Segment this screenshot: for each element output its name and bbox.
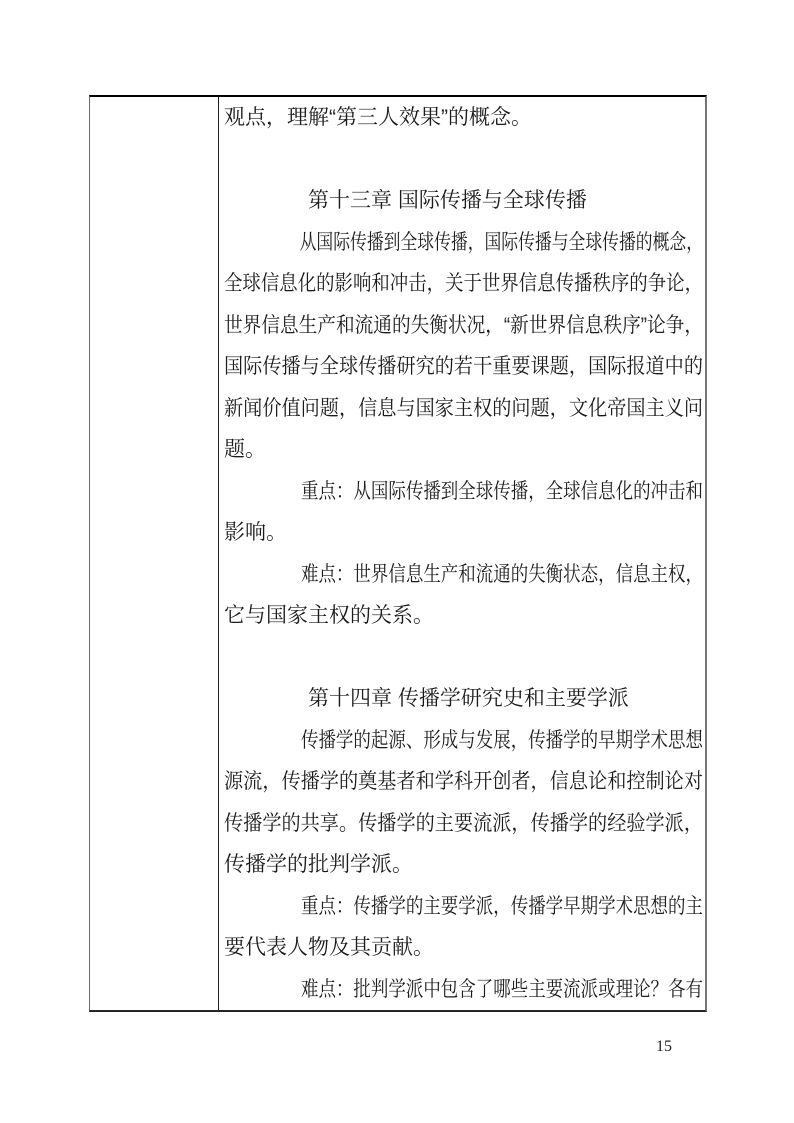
text-line: 源流，传播学的奠基者和学科开创者，信息论和控制论对 <box>224 761 703 803</box>
text-line <box>224 139 703 181</box>
document-page: 观点，理解“第三人效果”的概念。第十三章 国际传播与全球传播从国际传播到全球传播… <box>0 0 794 1123</box>
text-line: 难点：批判学派中包含了哪些主要流派或理论？各有 <box>224 969 703 1011</box>
text-line: 观点，理解“第三人效果”的概念。 <box>224 97 703 139</box>
text-line: 重点：传播学的主要学派，传播学早期学术思想的主 <box>224 886 703 928</box>
text-line: 难点：世界信息生产和流通的失衡状态，信息主权， <box>224 554 703 596</box>
text-line: 国际传播与全球传播研究的若干重要课题，国际报道中的 <box>224 346 703 388</box>
text-line-content: 观点，理解“第三人效果”的概念。 <box>224 97 532 139</box>
text-line: 第十三章 国际传播与全球传播 <box>224 180 703 222</box>
text-line: 世界信息生产和流通的失衡状况，“新世界信息秩序”论争， <box>224 305 703 347</box>
text-line-content: 国际传播与全球传播研究的若干重要课题，国际报道中的 <box>224 346 703 388</box>
text-line: 要代表人物及其贡献。 <box>224 927 703 969</box>
text-line-content: 传播学的起源、形成与发展，传播学的早期学术思想 <box>266 720 703 762</box>
text-line: 重点：从国际传播到全球传播，全球信息化的冲击和 <box>224 471 703 513</box>
text-line-content: 要代表人物及其贡献。 <box>224 927 434 969</box>
text-line-content: 重点：从国际传播到全球传播，全球信息化的冲击和 <box>266 471 703 513</box>
text-line-content: 第十三章 国际传播与全球传播 <box>266 180 587 222</box>
text-line-content: 从国际传播到全球传播，国际传播与全球传播的概念， <box>266 222 703 264</box>
text-line-content: 重点：传播学的主要学派，传播学早期学术思想的主 <box>266 886 703 928</box>
text-line: 它与国家主权的关系。 <box>224 595 703 637</box>
text-line <box>224 637 703 679</box>
syllabus-table: 观点，理解“第三人效果”的概念。第十三章 国际传播与全球传播从国际传播到全球传播… <box>89 95 707 1012</box>
text-line-content: 世界信息生产和流通的失衡状况，“新世界信息秩序”论争， <box>224 305 703 347</box>
table-left-cell <box>90 97 219 1010</box>
text-line: 新闻价值问题，信息与国家主权的问题，文化帝国主义问 <box>224 388 703 430</box>
text-line: 第十四章 传播学研究史和主要学派 <box>224 678 703 720</box>
text-line-content: 新闻价值问题，信息与国家主权的问题，文化帝国主义问 <box>224 388 703 430</box>
text-line: 全球信息化的影响和冲击，关于世界信息传播秩序的争论， <box>224 263 703 305</box>
text-line: 题。 <box>224 429 703 471</box>
text-line: 从国际传播到全球传播，国际传播与全球传播的概念， <box>224 222 703 264</box>
text-line-content: 影响。 <box>224 512 287 554</box>
text-line-content: 传播学的批判学派。 <box>224 844 413 886</box>
text-line: 传播学的批判学派。 <box>224 844 703 886</box>
text-line-content: 难点：世界信息生产和流通的失衡状态，信息主权， <box>266 554 703 596</box>
text-line-content: 第十四章 传播学研究史和主要学派 <box>266 678 629 720</box>
text-line: 影响。 <box>224 512 703 554</box>
text-line-content: 源流，传播学的奠基者和学科开创者，信息论和控制论对 <box>224 761 703 803</box>
page-number: 15 <box>656 1038 686 1056</box>
text-line-content: 传播学的共享。传播学的主要流派，传播学的经验学派， <box>224 803 703 845</box>
text-line-content: 它与国家主权的关系。 <box>224 595 434 637</box>
text-line-content: 题。 <box>224 429 266 471</box>
text-line-content: 全球信息化的影响和冲击，关于世界信息传播秩序的争论， <box>224 263 703 305</box>
text-line: 传播学的起源、形成与发展，传播学的早期学术思想 <box>224 720 703 762</box>
text-line-content: 难点：批判学派中包含了哪些主要流派或理论？各有 <box>266 969 703 1011</box>
text-line: 传播学的共享。传播学的主要流派，传播学的经验学派， <box>224 803 703 845</box>
table-content-cell: 观点，理解“第三人效果”的概念。第十三章 国际传播与全球传播从国际传播到全球传播… <box>219 97 705 1010</box>
